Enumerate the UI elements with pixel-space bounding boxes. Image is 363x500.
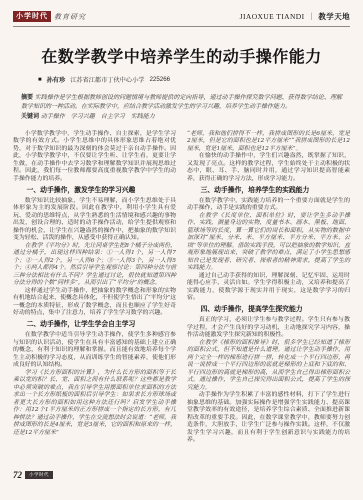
article-body: 小学数学教学中，学生动手操作、自主探索，是学生学习数学的有效方式。小学生思维中的… <box>13 131 350 445</box>
footer-journal-badge: 小学时代 <box>25 471 53 479</box>
paragraph: 动手操作为学生积累了丰富的感性材料，打下了学生进行抽象思维的基础。加强实际操作是… <box>187 392 350 445</box>
masthead-separator: ｜ <box>307 11 315 22</box>
article-title: 在数学教学中培养学生的动手操作能力 <box>30 44 333 67</box>
keywords-label: 关键词 <box>21 114 39 120</box>
section-heading-4: 四、动手操作，提高学生探究能力 <box>187 306 350 314</box>
abstract-label: 摘要 <box>21 95 33 101</box>
abstract-block: 摘要 实践操作是学生根据教师创设的问题情境与教师提供的定向指导，通过动手操作探究… <box>21 94 342 122</box>
author-name: 孙有珍 <box>47 75 66 84</box>
journal-subtitle-script: 教育研究 <box>54 12 86 22</box>
journal-badge: 小学时代 <box>13 11 51 22</box>
author-marker-icon: ■ <box>38 77 42 83</box>
section-heading-3: 三、动手操作，培养学生的实践能力 <box>187 187 350 195</box>
example-paragraph: 在教学《梯形的面积推导》时，很多学生已经知道了梯形的面积公式，但不知道是什么道理… <box>187 340 350 393</box>
paragraph: 这样通过学生动手操作，把抽象的数学概念和形象的实物有机地结合起来，使概念具体化，… <box>13 288 176 318</box>
paragraph: 通过自己动手获得的知识，理解深刻、记忆牢固、运用时能得心应手，灵活自如。学生学得… <box>187 273 350 303</box>
paragraph: 真正的学习，必须让学生参与教学过程。学生只有参与教学过程，才会产生良好的学习动机… <box>187 317 350 340</box>
author-line: ■ 孙有珍 江苏省江都市丁伙中心小学 225266 <box>38 75 363 84</box>
section-heading-1: 一、动手操作，激发学生的学习兴趣 <box>13 187 176 195</box>
author-postcode: 225266 <box>149 76 170 83</box>
left-column: 小学数学教学中，学生动手操作、自主探索，是学生学习数学的有效方式。小学生思维中的… <box>13 131 176 445</box>
keywords-row: 关键词 动手操作 学习兴趣 自主学习 实践能力 <box>21 113 342 122</box>
example-paragraph: 在教学《长度单位、面积单位》时，要让学生多动手操作、实践，测量身边的实物，度量书… <box>187 213 350 273</box>
example-paragraph: “老师，我和他们拼得不一样，我拼成图形的长是6厘米，宽是2厘米，但是它的面积也是… <box>187 131 350 154</box>
paragraph: 在愉快的动手操作中，学生们兴趣盎然，既掌握了知识，又发现了亮点。这样的教学过程，… <box>187 153 350 183</box>
paragraph: 小学数学教学中，学生动手操作、自主探索，是学生学习数学的有效方式。小学生思维中的… <box>13 131 176 184</box>
column-name: 教学天地 <box>318 11 350 22</box>
paragraph: 在数学教学中适当引导学生动手操作，使学生多种感官参与知识的认识活动，使学生在具有… <box>13 332 176 370</box>
example-paragraph: 学习《长方形面积的计算》，为什么长方形的面积等于长乘以宽的积？长、宽、面积之间有… <box>13 370 176 438</box>
abstract-row: 摘要 实践操作是学生根据教师创设的问题情境与教师提供的定向指导，通过动手操作探究… <box>21 94 342 111</box>
right-column: “老师，我和他们拼得不一样，我拼成图形的长是6厘米，宽是2厘米，但是它的面积也是… <box>187 131 350 445</box>
example-paragraph: 在教学《平均分》时，先让同桌学生把8个橘子分成两份，通过分橘子，出现这样四种结果… <box>13 243 176 288</box>
masthead-left: 小学时代 教育研究 <box>13 11 86 22</box>
header-rule <box>13 26 350 27</box>
page-footer: 72 小学时代 <box>13 470 53 480</box>
page-number: 72 <box>13 470 22 480</box>
abstract-text: 实践操作是学生根据教师创设的问题情境与教师提供的定向指导，通过动手操作探究数学问… <box>21 94 342 110</box>
keywords-text: 动手操作 学习兴趣 自主学习 实践能力 <box>41 113 155 120</box>
paragraph: 在数学教学中，实践能力培养的一个重要方面就是学生的动手操作，动手是实践的重要方式… <box>187 198 350 213</box>
masthead-right: JIAOXUE TIANDI ｜ 教学天地 <box>240 11 350 22</box>
journal-page: 小学时代 教育研究 JIAOXUE TIANDI ｜ 教学天地 在数学教学中培养… <box>0 0 363 500</box>
masthead: 小学时代 教育研究 JIAOXUE TIANDI ｜ 教学天地 <box>13 11 350 22</box>
author-affiliation: 江苏省江都市丁伙中心小学 <box>70 75 144 84</box>
section-heading-2: 二、动手操作，让学生学会自主学习 <box>13 321 176 329</box>
journal-name-pinyin: JIAOXUE TIANDI <box>240 12 305 21</box>
paragraph: 数学知识比较抽象，学生不易理解，而小学生思维处于具体形象为主的发展阶段。因此在教… <box>13 198 176 243</box>
